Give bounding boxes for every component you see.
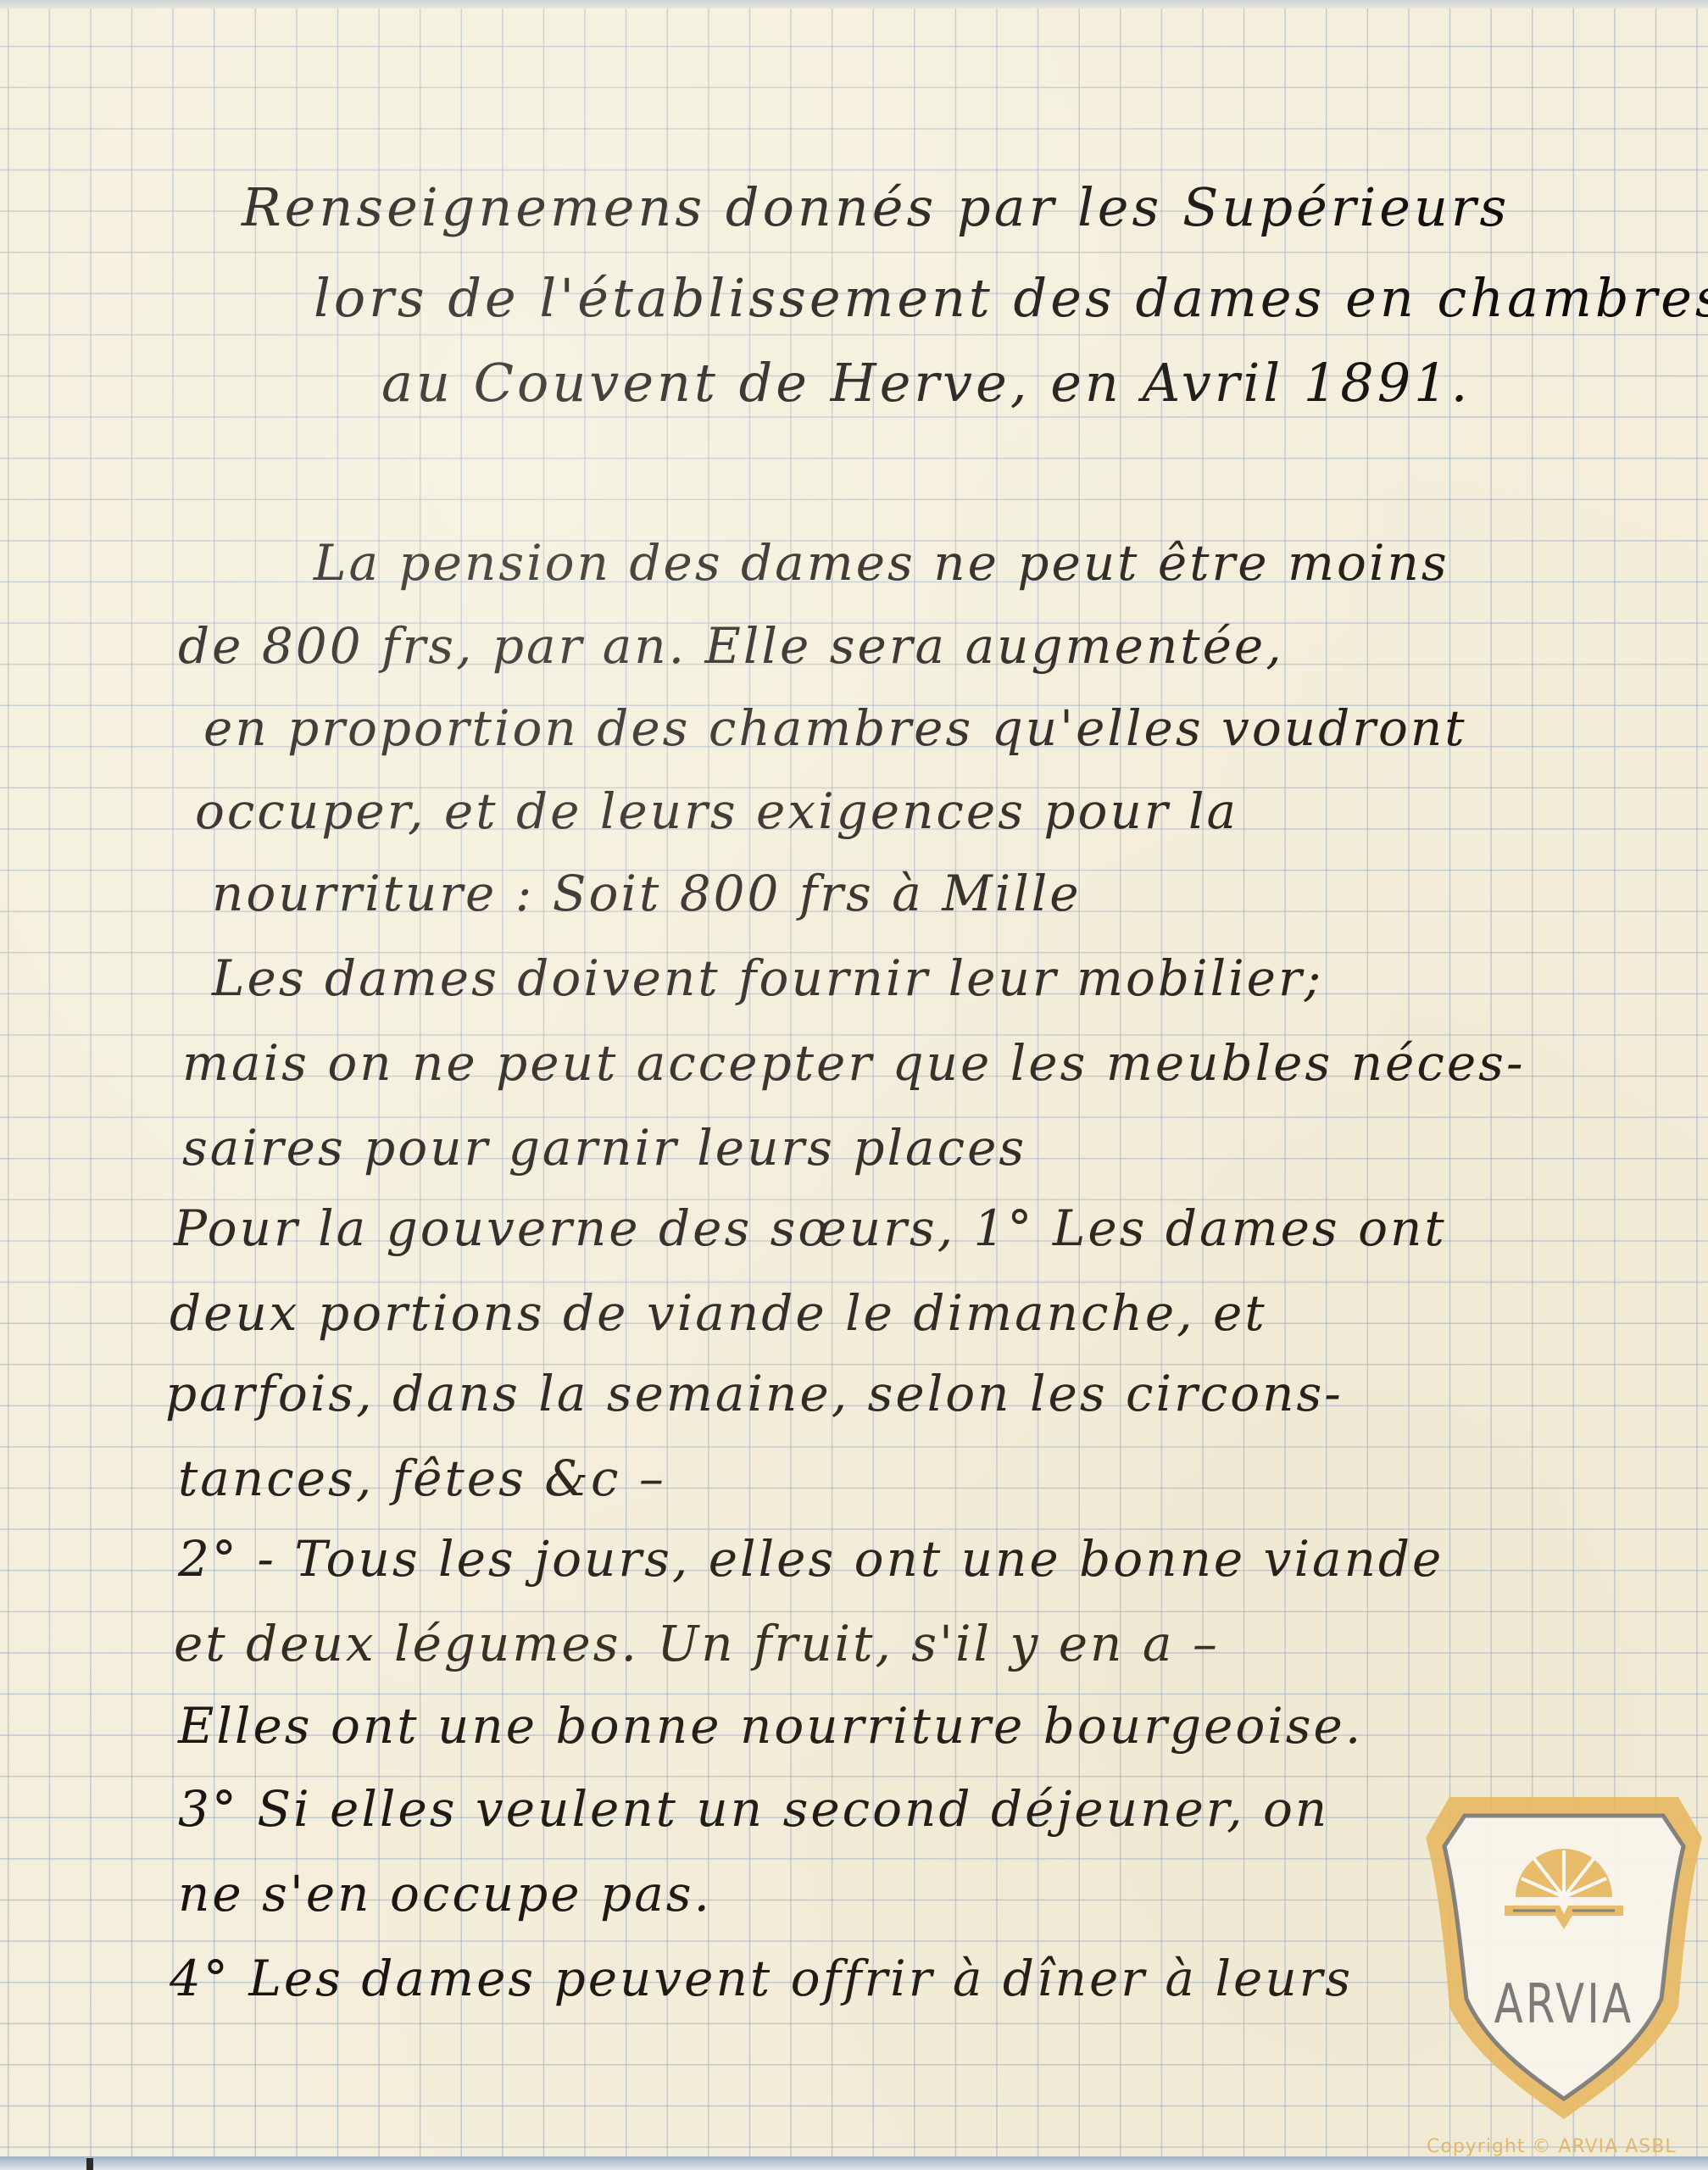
shield-icon	[1424, 1787, 1704, 2126]
title-line-3: au Couvent de Herve, en Avril 1891.	[381, 352, 1471, 414]
body-line-13: 2° - Tous les jours, elles ont une bonne…	[178, 1530, 1444, 1588]
body-line-9: Pour la gouverne des sœurs, 1° Les dames…	[174, 1199, 1447, 1257]
body-line-14: et deux légumes. Un fruit, s'il y en a –	[174, 1615, 1220, 1672]
body-line-3: en proportion des chambres qu'elles voud…	[203, 699, 1467, 757]
copyright-notice: Copyright © ARVIA ASBL	[1427, 2136, 1677, 2157]
body-line-1: La pension des dames ne peut être moins	[314, 534, 1449, 592]
title-line-2: lors de l'établissement des dames en cha…	[314, 267, 1708, 329]
scan-edge-marker	[86, 2158, 93, 2170]
scan-top-edge	[0, 0, 1708, 8]
body-line-4: occuper, et de leurs exigences pour la	[195, 782, 1238, 840]
body-line-7: mais on ne peut accepter que les meubles…	[182, 1034, 1526, 1092]
body-line-2: de 800 frs, par an. Elle sera augmentée,	[178, 617, 1284, 675]
body-line-11: parfois, dans la semaine, selon les circ…	[165, 1365, 1344, 1422]
scan-bottom-edge	[0, 2156, 1708, 2170]
title-line-1: Renseignemens donnés par les Supérieurs	[242, 176, 1510, 238]
body-line-17: ne s'en occupe pas.	[178, 1865, 712, 1922]
body-line-16: 3° Si elles veulent un second déjeuner, …	[178, 1780, 1329, 1838]
body-line-12: tances, fêtes &c –	[178, 1449, 666, 1507]
body-line-15: Elles ont une bonne nourriture bourgeois…	[178, 1697, 1363, 1755]
body-line-5: nourriture : Soit 800 frs à Mille	[212, 865, 1082, 922]
arvia-watermark: ARVIA	[1424, 1787, 1704, 2126]
body-line-18: 4° Les dames peuvent offrir à dîner à le…	[170, 1950, 1353, 2007]
body-line-8: saires pour garnir leurs places	[182, 1119, 1026, 1177]
body-line-10: deux portions de viande le dimanche, et	[170, 1284, 1267, 1342]
arvia-logo-text: ARVIA	[1455, 1973, 1672, 2036]
body-line-6: Les dames doivent fournir leur mobilier;	[212, 949, 1323, 1007]
